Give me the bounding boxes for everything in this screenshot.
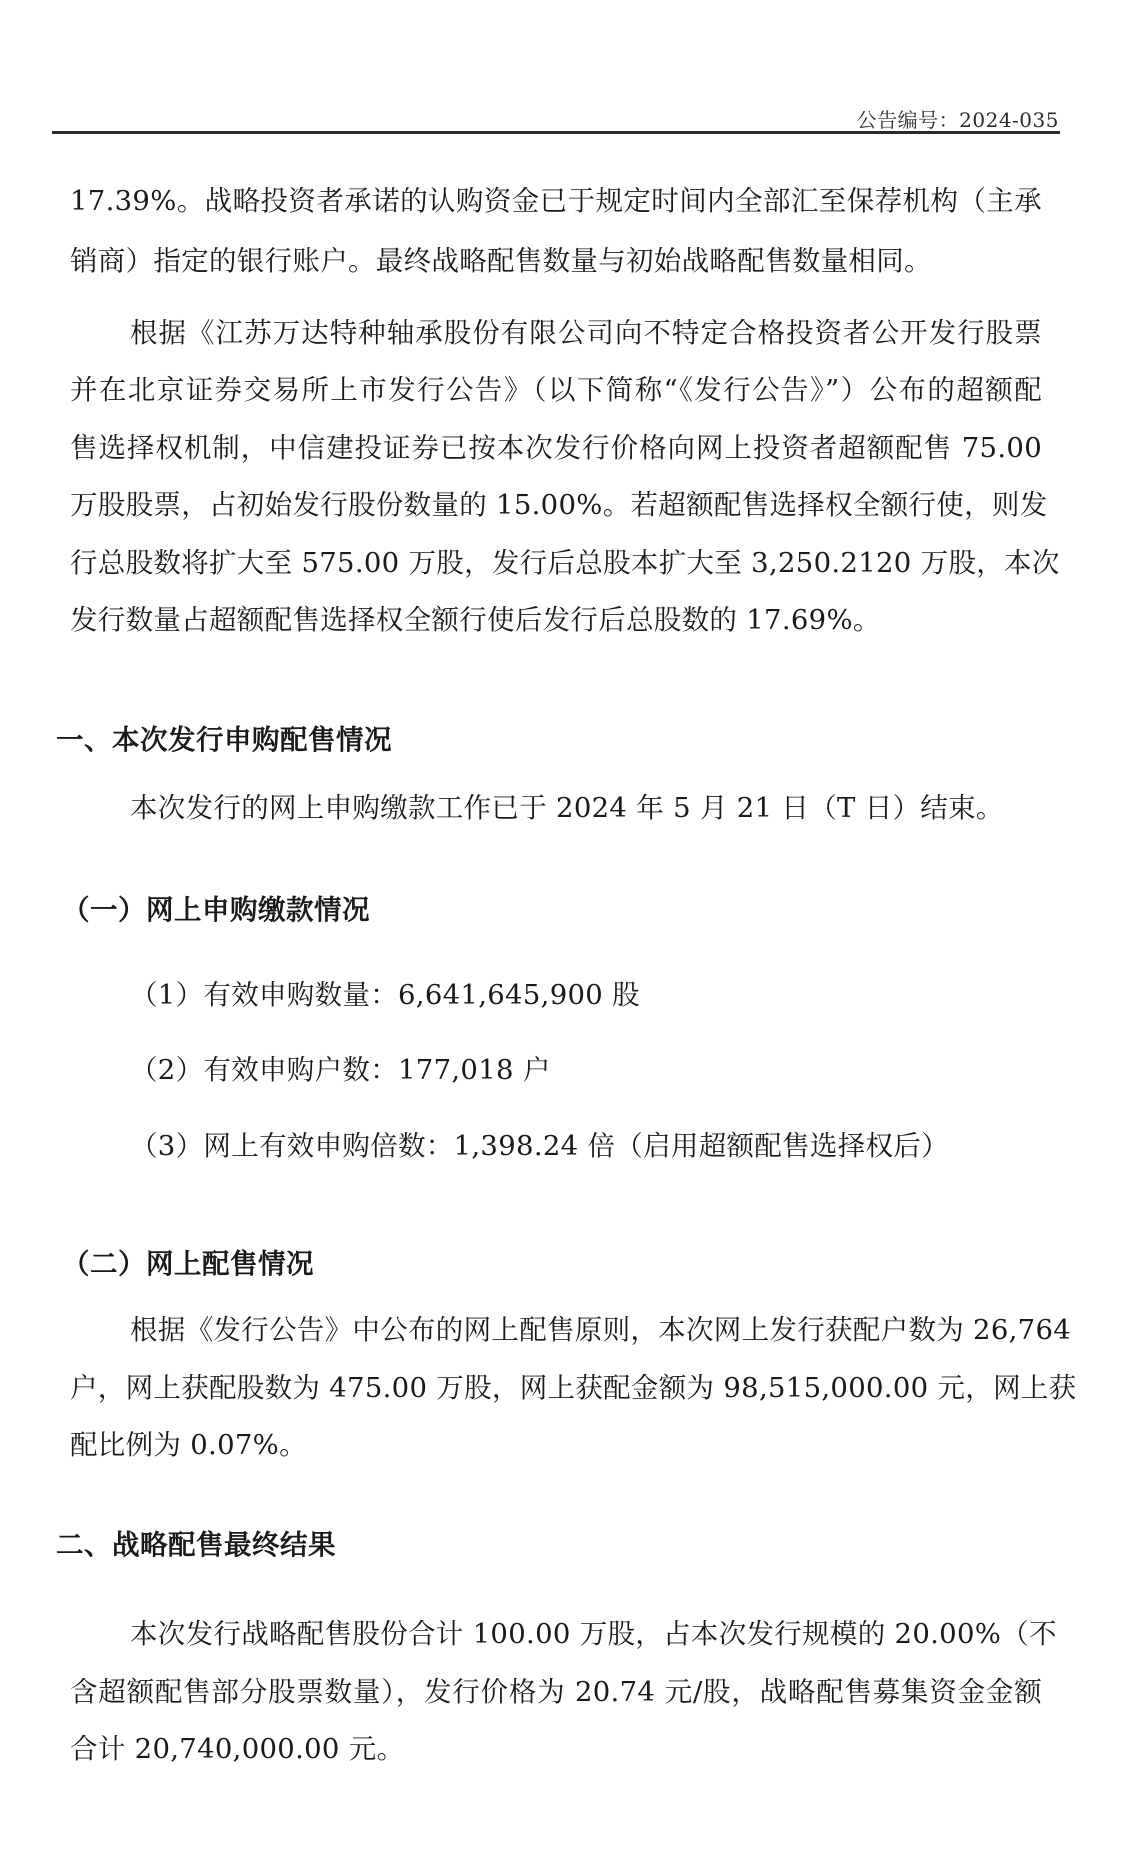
paragraph-line: 行总股数将扩大至 575.00 万股，发行后总股本扩大至 3,250.2120 … (70, 543, 1042, 583)
paragraph-line: 本次发行战略配售股份合计 100.00 万股，占本次发行规模的 20.00%（不 (130, 1614, 1042, 1654)
section1-intro: 本次发行的网上申购缴款工作已于 2024 年 5 月 21 日（T 日）结束。 (130, 788, 1004, 828)
list-item: （1）有效申购数量：6,641,645,900 股 (130, 975, 640, 1015)
announcement-number: 公告编号：2024-035 (857, 104, 1059, 133)
paragraph-line: 售选择权机制，中信建投证券已按本次发行价格向网上投资者超额配售 75.00 (70, 428, 1042, 468)
paragraph-line: 含超额配售部分股票数量），发行价格为 20.74 元/股，战略配售募集资金金额 (70, 1672, 1042, 1712)
paragraph-line: 销商）指定的银行账户。最终战略配售数量与初始战略配售数量相同。 (70, 241, 1042, 281)
paragraph-line: 根据《发行公告》中公布的网上配售原则，本次网上发行获配户数为 26,764 (130, 1310, 1042, 1350)
document-page: 公告编号：2024-035 17.39%。战略投资者承诺的认购资金已于规定时间内… (0, 0, 1125, 1872)
paragraph-line: 17.39%。战略投资者承诺的认购资金已于规定时间内全部汇至保荐机构（主承 (70, 181, 1042, 221)
paragraph-line: 万股股票，占初始发行股份数量的 15.00%。若超额配售选择权全额行使，则发 (70, 485, 1042, 525)
subsection-heading-2: （二）网上配售情况 (62, 1244, 314, 1284)
paragraph-line: 发行数量占超额配售选择权全额行使后发行后总股数的 17.69%。 (70, 600, 1042, 640)
paragraph-line: 户，网上获配股数为 475.00 万股，网上获配金额为 98,515,000.0… (70, 1368, 1042, 1408)
header-divider (52, 131, 1060, 134)
list-item: （3）网上有效申购倍数：1,398.24 倍（启用超额配售选择权后） (130, 1126, 949, 1166)
list-item: （2）有效申购户数：177,018 户 (130, 1050, 551, 1090)
paragraph-line: 并在北京证券交易所上市发行公告》（以下简称“《发行公告》”）公布的超额配 (70, 370, 1042, 410)
paragraph-line: 配比例为 0.07%。 (70, 1425, 1042, 1465)
section-heading-2: 二、战略配售最终结果 (56, 1525, 336, 1565)
section-heading-1: 一、本次发行申购配售情况 (56, 720, 392, 760)
subsection-heading-1: （一）网上申购缴款情况 (62, 890, 370, 930)
paragraph-line: 合计 20,740,000.00 元。 (70, 1729, 1042, 1769)
paragraph-line: 根据《江苏万达特种轴承股份有限公司向不特定合格投资者公开发行股票 (130, 313, 1042, 353)
